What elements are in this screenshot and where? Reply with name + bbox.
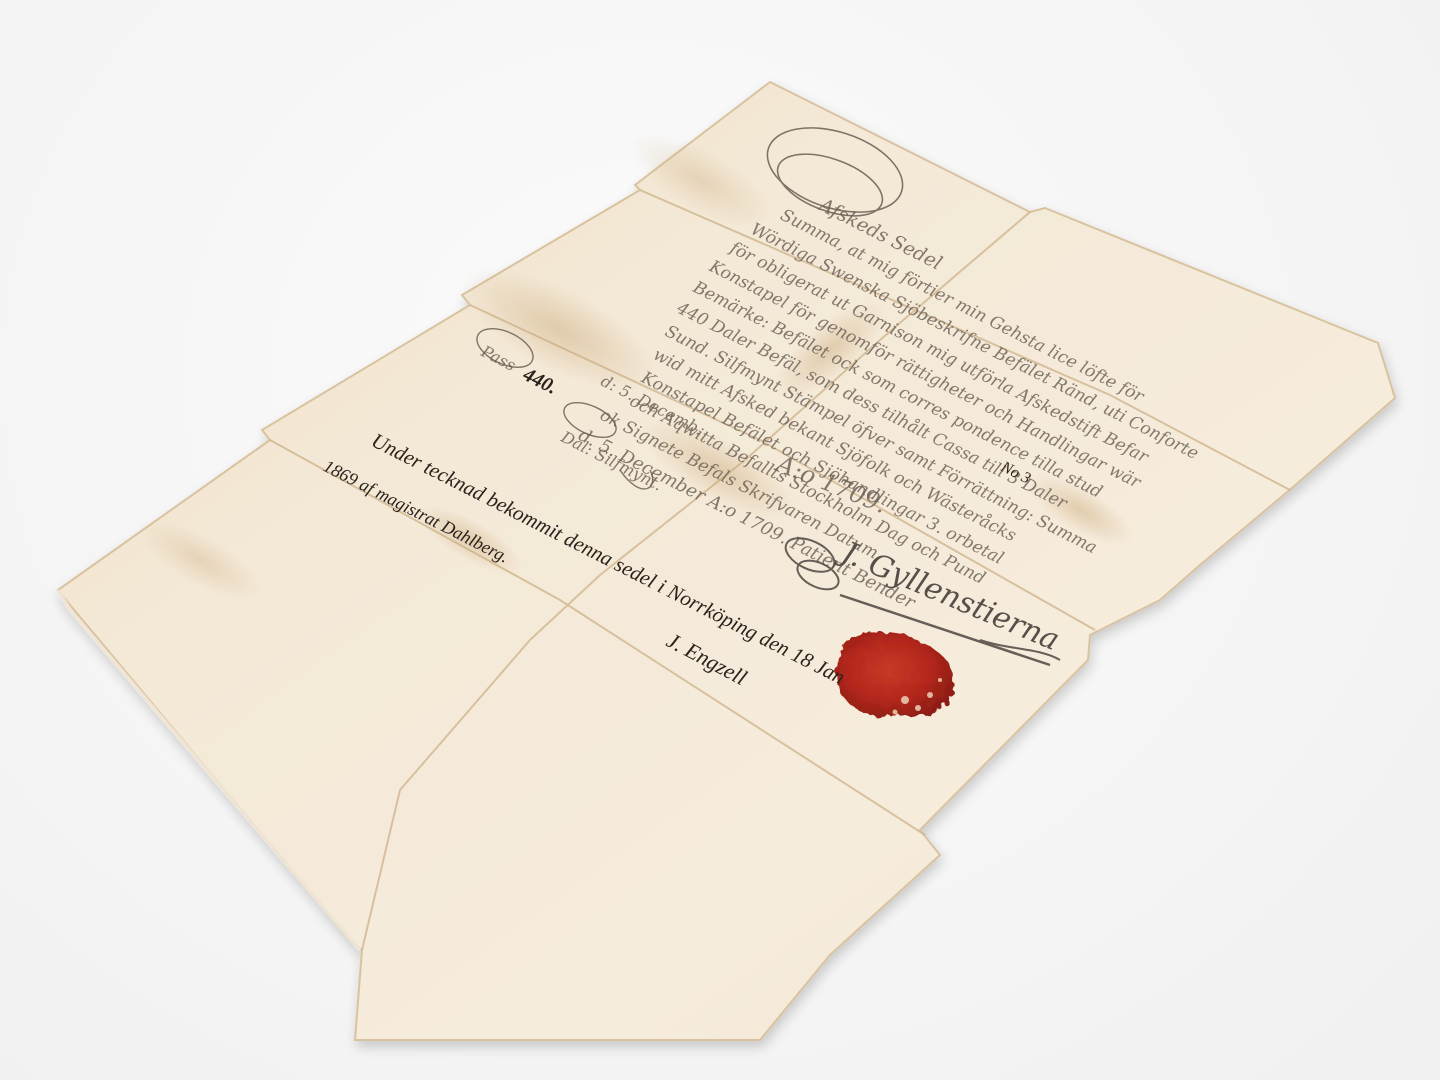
photo-stage: Afskeds Sedel Summa, at mig förtier min …: [0, 0, 1440, 1080]
paper: [58, 82, 1395, 1040]
document-photo: Afskeds Sedel Summa, at mig förtier min …: [0, 0, 1440, 1080]
paper-sheet: [58, 82, 1395, 1040]
